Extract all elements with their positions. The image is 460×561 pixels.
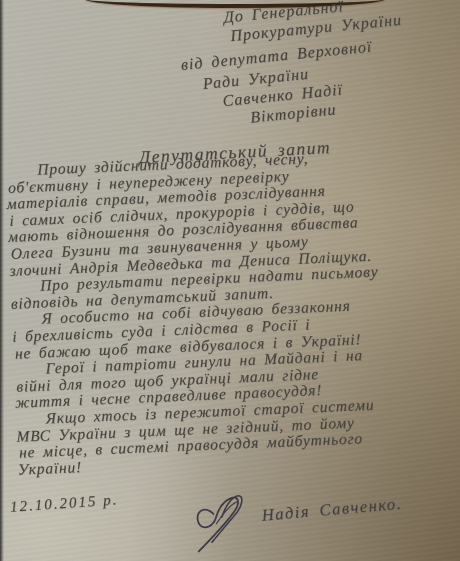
photo-left-edge xyxy=(0,0,4,561)
letter-body: Прошу здійснити додаткову, чесну, об'єкт… xyxy=(5,145,460,479)
signature-name: Надія Савченко. xyxy=(261,494,403,526)
letter-photo: До Генеральної Прокуратури України від д… xyxy=(0,0,460,561)
